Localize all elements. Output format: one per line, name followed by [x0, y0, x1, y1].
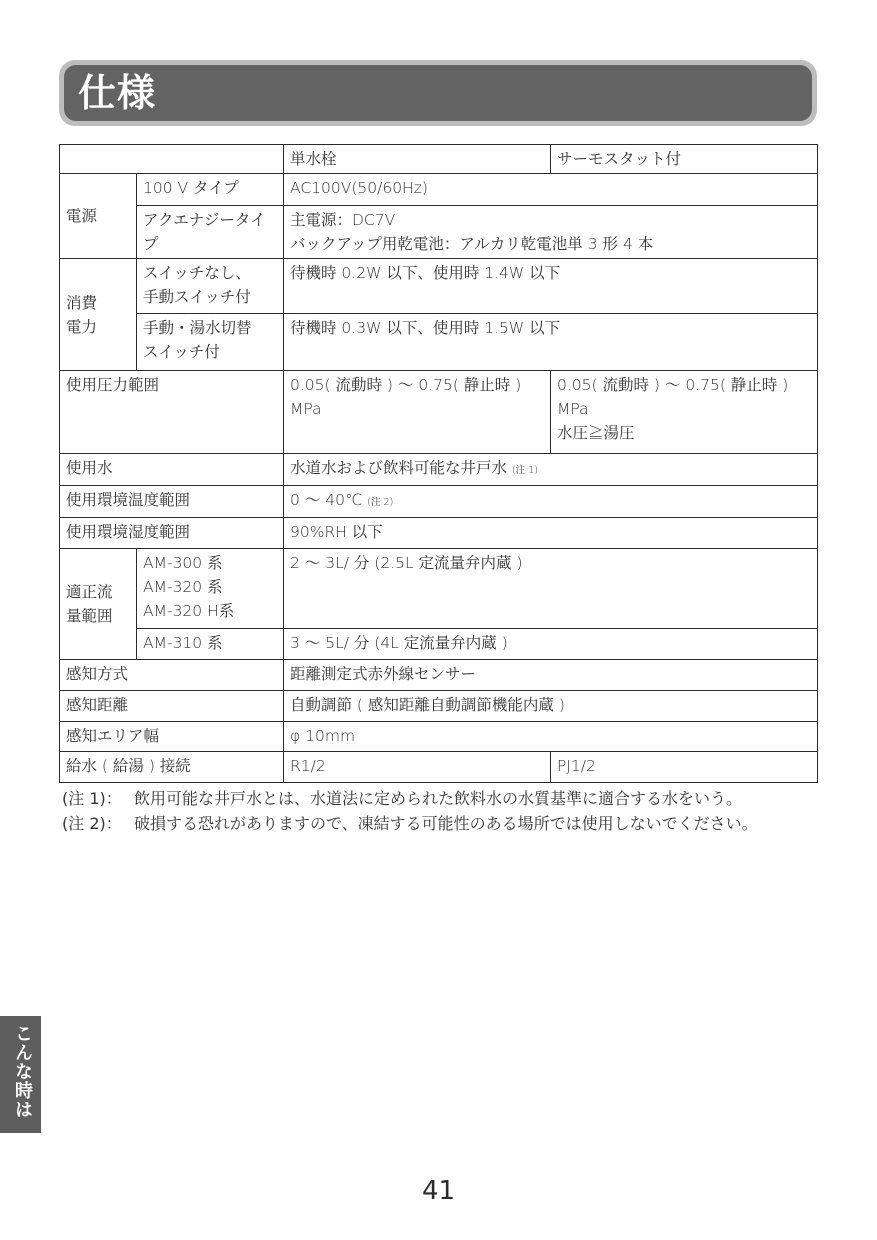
label-line: 消費 [66, 291, 130, 315]
table-row: 使用圧力範囲 0.05( 流動時 ) ～ 0.75( 静止時 ) MPa 0.0… [60, 371, 818, 454]
sublabel-line: スイッチ付 [143, 340, 277, 364]
detection-method-value: 距離測定式赤外線センサー [284, 660, 818, 691]
table-row: 適正流 量範囲 AM-300 系 AM-320 系 AM-320 H系 2 ～ … [60, 549, 818, 629]
water-value: 水道水および飲料可能な井戸水 (注 1) [284, 454, 818, 486]
label-line: 量範囲 [66, 604, 130, 628]
detection-method-label: 感知方式 [60, 660, 284, 691]
header-thermostat: サーモスタット付 [551, 145, 818, 174]
pressure-single: 0.05( 流動時 ) ～ 0.75( 静止時 ) MPa [284, 371, 551, 454]
row-value: 主電源：DC7V バックアップ用乾電池：アルカリ乾電池単 3 形 4 本 [284, 206, 818, 259]
row-value: 待機時 0.3W 以下、使用時 1.5W 以下 [284, 314, 818, 371]
value-line: 主電源：DC7V [290, 208, 811, 232]
connection-thermostat: PJ1/2 [551, 752, 818, 783]
footnote-ref: (注 1) [512, 465, 538, 476]
value-text: 水道水および飲料可能な井戸水 [290, 459, 507, 477]
table-row: 電源 100 V タイプ AC100V(50/60Hz) [60, 174, 818, 206]
table-row: 手動・湯水切替 スイッチ付 待機時 0.3W 以下、使用時 1.5W 以下 [60, 314, 818, 371]
sublabel-line: AM-320 H系 [143, 599, 277, 623]
row-sublabel: 100 V タイプ [137, 174, 284, 206]
value-line: MPa [290, 397, 544, 421]
footnote-text: 破損する恐れがありますので、凍結する可能性のある場所では使用しないでください。 [134, 811, 822, 836]
row-sublabel: アクエナジータイプ [137, 206, 284, 259]
page-title: 仕様 [78, 69, 156, 117]
sublabel-line: AM-300 系 [143, 551, 277, 575]
table-header-row: 単水栓 サーモスタット付 [60, 145, 818, 174]
footnote-ref: (注 2) [367, 497, 393, 508]
sublabel-line: 手動スイッチ付 [143, 285, 277, 309]
value-text: 0 ～ 40℃ [290, 491, 362, 509]
header-empty-cell [60, 145, 284, 174]
temperature-label: 使用環境温度範囲 [60, 486, 284, 518]
footnote-label: (注 2)： [62, 811, 134, 836]
row-sublabel: 手動・湯水切替 スイッチ付 [137, 314, 284, 371]
connection-single: R1/2 [284, 752, 551, 783]
flow-label: 適正流 量範囲 [60, 549, 137, 660]
temperature-value: 0 ～ 40℃ (注 2) [284, 486, 818, 518]
power-source-label: 電源 [60, 174, 137, 259]
side-tab-label: こんな時は [9, 1024, 35, 1119]
humidity-label: 使用環境湿度範囲 [60, 518, 284, 549]
table-row: アクエナジータイプ 主電源：DC7V バックアップ用乾電池：アルカリ乾電池単 3… [60, 206, 818, 259]
row-sublabel: スイッチなし、 手動スイッチ付 [137, 259, 284, 314]
detection-distance-value: 自動調節 ( 感知距離自動調節機能内蔵 ) [284, 691, 818, 722]
row-value: 3 ～ 5L/ 分 (4L 定流量弁内蔵 ) [284, 629, 818, 660]
footnotes: (注 1)： 飲用可能な井戸水とは、水道法に定められた飲料水の水質基準に適合する… [62, 786, 822, 836]
connection-label: 給水 ( 給湯 ) 接続 [60, 752, 284, 783]
value-line: MPa [557, 397, 811, 421]
row-sublabel: AM-310 系 [137, 629, 284, 660]
water-label: 使用水 [60, 454, 284, 486]
table-row: 使用水 水道水および飲料可能な井戸水 (注 1) [60, 454, 818, 486]
pressure-label: 使用圧力範囲 [60, 371, 284, 454]
value-line: バックアップ用乾電池：アルカリ乾電池単 3 形 4 本 [290, 232, 811, 256]
value-line: 水圧≧湯圧 [557, 421, 811, 445]
side-section-tab: こんな時は [0, 1016, 41, 1133]
page-number: 41 [0, 1176, 877, 1206]
humidity-value: 90%RH 以下 [284, 518, 818, 549]
footnote-1: (注 1)： 飲用可能な井戸水とは、水道法に定められた飲料水の水質基準に適合する… [62, 786, 822, 811]
table-row: AM-310 系 3 ～ 5L/ 分 (4L 定流量弁内蔵 ) [60, 629, 818, 660]
detection-distance-label: 感知距離 [60, 691, 284, 722]
power-consumption-label: 消費 電力 [60, 259, 137, 371]
table-row: 感知距離 自動調節 ( 感知距離自動調節機能内蔵 ) [60, 691, 818, 722]
table-row: 使用環境湿度範囲 90%RH 以下 [60, 518, 818, 549]
row-value: 待機時 0.2W 以下、使用時 1.4W 以下 [284, 259, 818, 314]
footnote-text: 飲用可能な井戸水とは、水道法に定められた飲料水の水質基準に適合する水をいう。 [134, 786, 822, 811]
section-title-bar: 仕様 [59, 60, 817, 126]
value-line: 0.05( 流動時 ) ～ 0.75( 静止時 ) [557, 373, 811, 397]
value-line: 0.05( 流動時 ) ～ 0.75( 静止時 ) [290, 373, 544, 397]
sublabel-line: スイッチなし、 [143, 261, 277, 285]
row-value: AC100V(50/60Hz) [284, 174, 818, 206]
label-line: 電力 [66, 315, 130, 339]
table-row: 感知方式 距離測定式赤外線センサー [60, 660, 818, 691]
footnote-2: (注 2)： 破損する恐れがありますので、凍結する可能性のある場所では使用しない… [62, 811, 822, 836]
table-row: 使用環境温度範囲 0 ～ 40℃ (注 2) [60, 486, 818, 518]
pressure-thermostat: 0.05( 流動時 ) ～ 0.75( 静止時 ) MPa 水圧≧湯圧 [551, 371, 818, 454]
footnote-label: (注 1)： [62, 786, 134, 811]
detection-area-value: φ 10mm [284, 722, 818, 752]
table-row: 消費 電力 スイッチなし、 手動スイッチ付 待機時 0.2W 以下、使用時 1.… [60, 259, 818, 314]
header-single-faucet: 単水栓 [284, 145, 551, 174]
row-value: 2 ～ 3L/ 分 (2.5L 定流量弁内蔵 ) [284, 549, 818, 629]
spec-table: 単水栓 サーモスタット付 電源 100 V タイプ AC100V(50/60Hz… [59, 144, 818, 783]
section-title-inner: 仕様 [64, 65, 812, 121]
sublabel-line: 手動・湯水切替 [143, 316, 277, 340]
table-row: 感知エリア幅 φ 10mm [60, 722, 818, 752]
label-line: 適正流 [66, 580, 130, 604]
sublabel-line: AM-320 系 [143, 575, 277, 599]
row-sublabel: AM-300 系 AM-320 系 AM-320 H系 [137, 549, 284, 629]
table-row: 給水 ( 給湯 ) 接続 R1/2 PJ1/2 [60, 752, 818, 783]
detection-area-label: 感知エリア幅 [60, 722, 284, 752]
